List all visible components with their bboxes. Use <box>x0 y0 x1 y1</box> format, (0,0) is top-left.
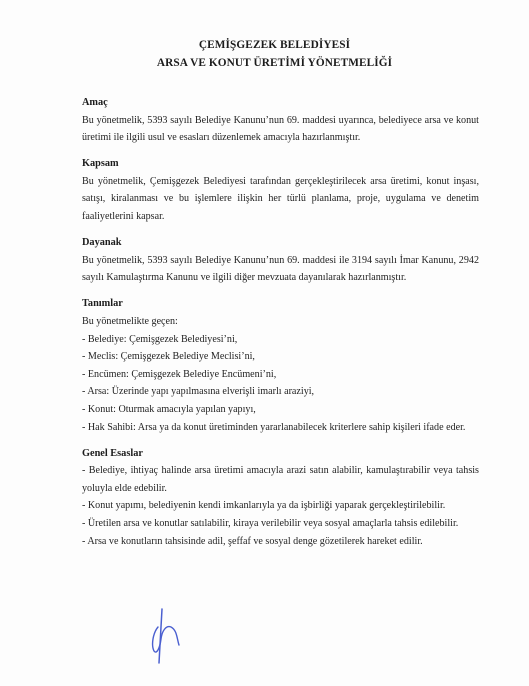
section-heading: Dayanak <box>82 234 479 252</box>
section-heading: Kapsam <box>82 155 479 173</box>
document-page: ÇEMİŞGEZEK BELEDİYESİ ARSA VE KONUT ÜRET… <box>0 0 529 686</box>
section-heading: Genel Esaslar <box>82 445 479 463</box>
section-paragraph: Bu yönetmelik, Çemişgezek Belediyesi tar… <box>82 173 479 226</box>
definition-item: - Encümen: Çemişgezek Belediye Encümeni’… <box>82 366 479 384</box>
document-title: ÇEMİŞGEZEK BELEDİYESİ ARSA VE KONUT ÜRET… <box>0 36 529 72</box>
title-regulation: ARSA VE KONUT ÜRETİMİ YÖNETMELİĞİ <box>20 54 529 72</box>
section-dayanak: Dayanak Bu yönetmelik, 5393 sayılı Beled… <box>82 234 479 287</box>
title-municipality: ÇEMİŞGEZEK BELEDİYESİ <box>20 36 529 54</box>
definition-item: - Hak Sahibi: Arsa ya da konut üretimind… <box>82 419 479 437</box>
section-genel-esaslar: Genel Esaslar - Belediye, ihtiyaç halind… <box>82 445 479 551</box>
definition-item: - Konut: Oturmak amacıyla yapılan yapıyı… <box>82 401 479 419</box>
document-body: Amaç Bu yönetmelik, 5393 sayılı Belediye… <box>82 94 479 559</box>
definition-item: - Meclis: Çemişgezek Belediye Meclisi’ni… <box>82 348 479 366</box>
signature-icon <box>150 595 210 675</box>
principle-item: - Konut yapımı, belediyenin kendi imkanl… <box>82 497 479 515</box>
definition-item: - Belediye: Çemişgezek Belediyesi’ni, <box>82 331 479 349</box>
section-tanimlar: Tanımlar Bu yönetmelikte geçen: - Beledi… <box>82 295 479 436</box>
section-paragraph: Bu yönetmelik, 5393 sayılı Belediye Kanu… <box>82 252 479 287</box>
principle-item: - Üretilen arsa ve konutlar satılabilir,… <box>82 515 479 533</box>
section-paragraph: Bu yönetmelik, 5393 sayılı Belediye Kanu… <box>82 112 479 147</box>
principle-item: - Arsa ve konutların tahsisinde adil, şe… <box>82 533 479 551</box>
definition-item: - Arsa: Üzerinde yapı yapılmasına elveri… <box>82 383 479 401</box>
principle-item: - Belediye, ihtiyaç halinde arsa üretimi… <box>82 462 479 497</box>
section-heading: Amaç <box>82 94 479 112</box>
definitions-intro: Bu yönetmelikte geçen: <box>82 313 479 331</box>
section-heading: Tanımlar <box>82 295 479 313</box>
section-kapsam: Kapsam Bu yönetmelik, Çemişgezek Belediy… <box>82 155 479 225</box>
section-amac: Amaç Bu yönetmelik, 5393 sayılı Belediye… <box>82 94 479 147</box>
